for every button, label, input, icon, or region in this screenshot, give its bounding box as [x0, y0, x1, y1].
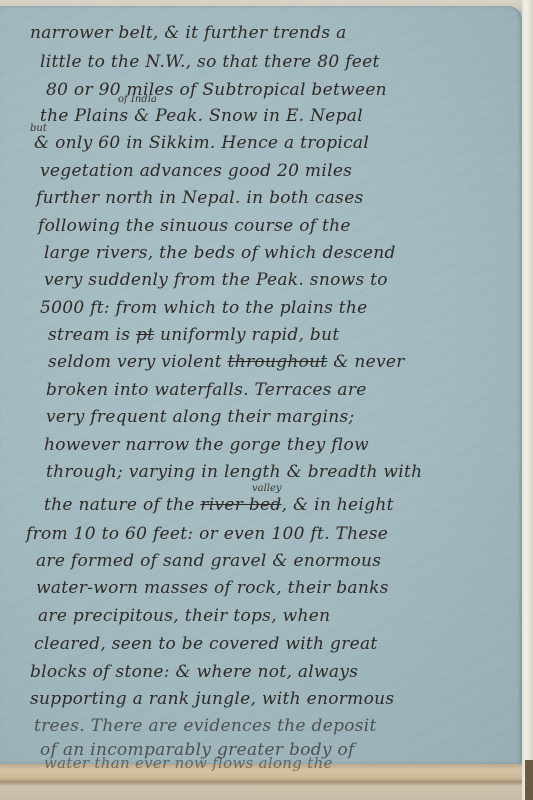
text-line-15: very frequent along their margins; — [46, 407, 355, 427]
insertion-of-india: of India — [118, 94, 157, 105]
text-line-21: water-worn masses of rock, their banks — [36, 578, 389, 598]
text-line-13: seldom very violent throughout & never — [48, 352, 405, 372]
text-line-1: narrower belt, & it further trends a — [30, 23, 347, 43]
text-line-23: cleared, seen to be covered with great — [34, 634, 378, 654]
text-line-13-part-a: seldom very violent — [48, 352, 228, 372]
text-line-12-part-a: stream is — [48, 325, 136, 345]
struck-word-pt: pt — [136, 325, 154, 345]
struck-word-throughout: throughout — [228, 352, 328, 372]
handwritten-text-block: narrower belt, & it further trends a lit… — [0, 6, 522, 764]
text-line-18-part-a: the nature of the — [44, 495, 200, 515]
text-line-14: broken into waterfalls. Terraces are — [46, 380, 367, 400]
text-line-10: very suddenly from the Peak. snows to — [44, 270, 388, 290]
text-line-5: & only 60 in Sikkim. Hence a tropical — [34, 133, 369, 153]
text-line-2: little to the N.W., so that there 80 fee… — [40, 52, 380, 72]
text-line-6: vegetation advances good 20 miles — [40, 161, 352, 181]
text-line-9: large rivers, the beds of which descend — [44, 243, 396, 263]
text-line-8: following the sinuous course of the — [38, 216, 351, 236]
text-line-24: blocks of stone: & where not, always — [30, 662, 358, 682]
text-line-17: through; varying in length & breadth wit… — [46, 462, 422, 482]
text-line-18-part-c: , & in height — [282, 495, 394, 515]
text-line-13-part-c: & never — [328, 352, 405, 372]
text-line-16: however narrow the gorge they flow — [44, 435, 369, 455]
text-line-4-part-b: & Peak. Snow in E. Nepal — [128, 106, 363, 126]
manuscript-frame: narrower belt, & it further trends a lit… — [0, 0, 533, 800]
text-line-12: stream is pt uniformly rapid, but — [48, 325, 340, 345]
text-line-20: are formed of sand gravel & enormous — [36, 551, 381, 571]
text-line-19: from 10 to 60 feet: or even 100 ft. Thes… — [26, 524, 388, 544]
page-bottom-edge: water than ever now flows along the — [0, 764, 522, 800]
text-line-26: trees. There are evidences the deposit — [34, 716, 377, 736]
text-line-11: 5000 ft: from which to the plains the — [40, 298, 368, 318]
insertion-valley: valley — [252, 483, 282, 494]
text-line-7: further north in Nepal. in both cases — [36, 188, 364, 208]
manuscript-page: narrower belt, & it further trends a lit… — [0, 6, 522, 764]
text-line-4: the Plains & Peak. Snow in E. Nepal — [40, 106, 363, 126]
text-line-22: are precipitous, their tops, when — [38, 606, 330, 626]
page-right-edge — [522, 0, 533, 800]
text-line-18: the nature of the river bed, & in height — [44, 495, 394, 515]
text-line-25: supporting a rank jungle, with enormous — [30, 689, 394, 709]
text-line-28-partial: water than ever now flows along the — [44, 754, 333, 772]
text-line-4-part-a: the Plains — [40, 106, 128, 126]
text-line-12-part-c: uniformly rapid, but — [154, 325, 339, 345]
text-line-3: 80 or 90 miles of Subtropical between — [46, 80, 387, 100]
struck-word-river-bed: river bed — [200, 495, 281, 515]
binding-tab — [525, 760, 533, 800]
